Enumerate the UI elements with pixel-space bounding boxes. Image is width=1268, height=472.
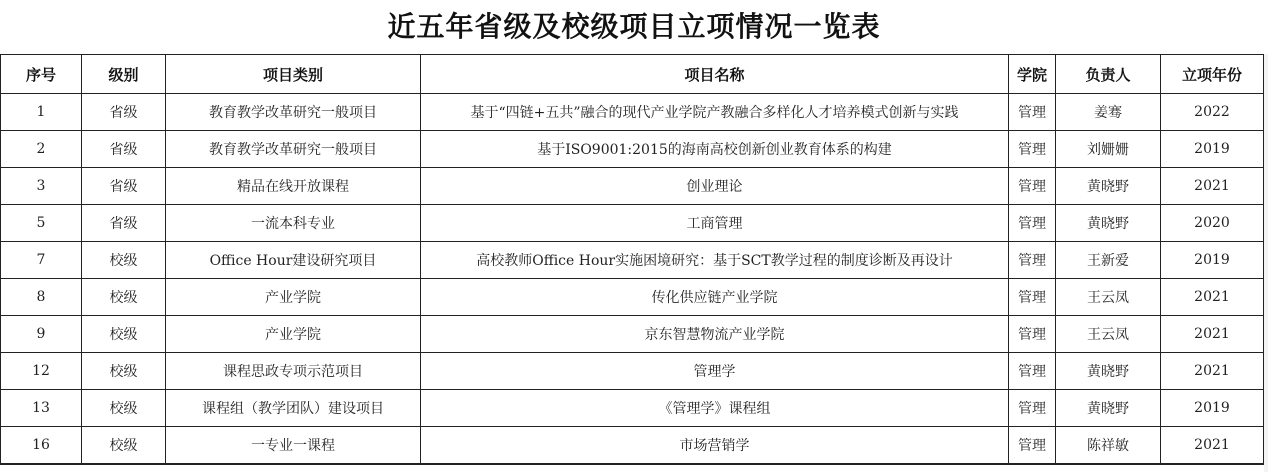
cell-level: 省级	[82, 205, 166, 242]
cell-level: 校级	[82, 242, 166, 279]
cell-year: 2021	[1161, 427, 1264, 465]
cell-college: 管理	[1009, 94, 1056, 131]
cell-serial-number: 3	[1, 168, 82, 205]
cell-college: 管理	[1009, 353, 1056, 390]
cell-leader: 刘姗姗	[1056, 131, 1161, 168]
cell-year: 2021	[1161, 168, 1264, 205]
cell-college: 管理	[1009, 279, 1056, 316]
cell-serial-number: 12	[1, 353, 82, 390]
table-row: 7 校级 Office Hour建设研究项目 高校教师Office Hour实施…	[1, 242, 1264, 279]
cell-project-category: 一流本科专业	[166, 205, 421, 242]
cell-year: 2019	[1161, 242, 1264, 279]
cell-leader: 黄晓野	[1056, 390, 1161, 427]
cell-project-category: 课程思政专项示范项目	[166, 353, 421, 390]
cell-serial-number: 16	[1, 427, 82, 465]
cell-college: 管理	[1009, 316, 1056, 353]
cell-project-name: 市场营销学	[421, 427, 1009, 465]
page-edge	[1264, 54, 1268, 472]
cell-project-name: 基于“四链+五共”融合的现代产业学院产教融合多样化人才培养模式创新与实践	[421, 94, 1009, 131]
cell-serial-number: 1	[1, 94, 82, 131]
cell-college: 管理	[1009, 168, 1056, 205]
cell-project-category: 课程组（教学团队）建设项目	[166, 390, 421, 427]
cell-project-name: 《管理学》课程组	[421, 390, 1009, 427]
cell-project-category: 教育教学改革研究一般项目	[166, 131, 421, 168]
cell-college: 管理	[1009, 205, 1056, 242]
cell-project-category: 精品在线开放课程	[166, 168, 421, 205]
cell-project-category: 产业学院	[166, 279, 421, 316]
header-college: 学院	[1009, 55, 1056, 94]
document-title: 近五年省级及校级项目立项情况一览表	[0, 4, 1268, 50]
header-serial-number: 序号	[1, 55, 82, 94]
table-row: 12 校级 课程思政专项示范项目 管理学 管理 黄晓野 2021	[1, 353, 1264, 390]
table-row: 16 校级 一专业一课程 市场营销学 管理 陈祥敏 2021	[1, 427, 1264, 465]
table-row: 3 省级 精品在线开放课程 创业理论 管理 黄晓野 2021	[1, 168, 1264, 205]
cell-year: 2019	[1161, 390, 1264, 427]
projects-table: 序号 级别 项目类别 项目名称 学院 负责人 立项年份 1 省级 教育教学改革研…	[0, 54, 1264, 465]
cell-level: 校级	[82, 279, 166, 316]
table-row: 5 省级 一流本科专业 工商管理 管理 黄晓野 2020	[1, 205, 1264, 242]
cell-level: 省级	[82, 131, 166, 168]
table-row: 13 校级 课程组（教学团队）建设项目 《管理学》课程组 管理 黄晓野 2019	[1, 390, 1264, 427]
cell-leader: 陈祥敏	[1056, 427, 1161, 465]
cell-leader: 黄晓野	[1056, 168, 1161, 205]
cell-level: 校级	[82, 316, 166, 353]
cell-level: 省级	[82, 94, 166, 131]
cell-leader: 王云凤	[1056, 316, 1161, 353]
cell-level: 校级	[82, 427, 166, 465]
cell-level: 校级	[82, 390, 166, 427]
cell-serial-number: 5	[1, 205, 82, 242]
cell-leader: 黄晓野	[1056, 205, 1161, 242]
cell-level: 校级	[82, 353, 166, 390]
cell-year: 2021	[1161, 316, 1264, 353]
cell-leader: 黄晓野	[1056, 353, 1161, 390]
cell-project-name: 创业理论	[421, 168, 1009, 205]
cell-year: 2019	[1161, 131, 1264, 168]
header-leader: 负责人	[1056, 55, 1161, 94]
table-row: 2 省级 教育教学改革研究一般项目 基于ISO9001:2015的海南高校创新创…	[1, 131, 1264, 168]
cell-project-name: 高校教师Office Hour实施困境研究：基于SCT教学过程的制度诊断及再设计	[421, 242, 1009, 279]
cell-year: 2022	[1161, 94, 1264, 131]
cell-college: 管理	[1009, 131, 1056, 168]
cell-year: 2020	[1161, 205, 1264, 242]
header-project-name: 项目名称	[421, 55, 1009, 94]
cell-year: 2021	[1161, 279, 1264, 316]
header-level: 级别	[82, 55, 166, 94]
cell-project-category: 一专业一课程	[166, 427, 421, 465]
table-row: 1 省级 教育教学改革研究一般项目 基于“四链+五共”融合的现代产业学院产教融合…	[1, 94, 1264, 131]
cell-serial-number: 8	[1, 279, 82, 316]
header-year: 立项年份	[1161, 55, 1264, 94]
cell-serial-number: 9	[1, 316, 82, 353]
cell-serial-number: 2	[1, 131, 82, 168]
header-project-category: 项目类别	[166, 55, 421, 94]
cell-project-category: 教育教学改革研究一般项目	[166, 94, 421, 131]
cell-college: 管理	[1009, 242, 1056, 279]
cell-serial-number: 13	[1, 390, 82, 427]
cell-project-name: 传化供应链产业学院	[421, 279, 1009, 316]
cell-leader: 王新爱	[1056, 242, 1161, 279]
cell-college: 管理	[1009, 427, 1056, 465]
cell-leader: 王云凤	[1056, 279, 1161, 316]
cell-level: 省级	[82, 168, 166, 205]
cell-project-name: 京东智慧物流产业学院	[421, 316, 1009, 353]
table-row: 8 校级 产业学院 传化供应链产业学院 管理 王云凤 2021	[1, 279, 1264, 316]
cell-project-name: 工商管理	[421, 205, 1009, 242]
cell-project-category: Office Hour建设研究项目	[166, 242, 421, 279]
cell-project-name: 基于ISO9001:2015的海南高校创新创业教育体系的构建	[421, 131, 1009, 168]
cell-leader: 姜骞	[1056, 94, 1161, 131]
cell-year: 2021	[1161, 353, 1264, 390]
table-header-row: 序号 级别 项目类别 项目名称 学院 负责人 立项年份	[1, 55, 1264, 94]
cell-project-name: 管理学	[421, 353, 1009, 390]
cell-project-category: 产业学院	[166, 316, 421, 353]
cell-college: 管理	[1009, 390, 1056, 427]
cell-serial-number: 7	[1, 242, 82, 279]
table-row: 9 校级 产业学院 京东智慧物流产业学院 管理 王云凤 2021	[1, 316, 1264, 353]
